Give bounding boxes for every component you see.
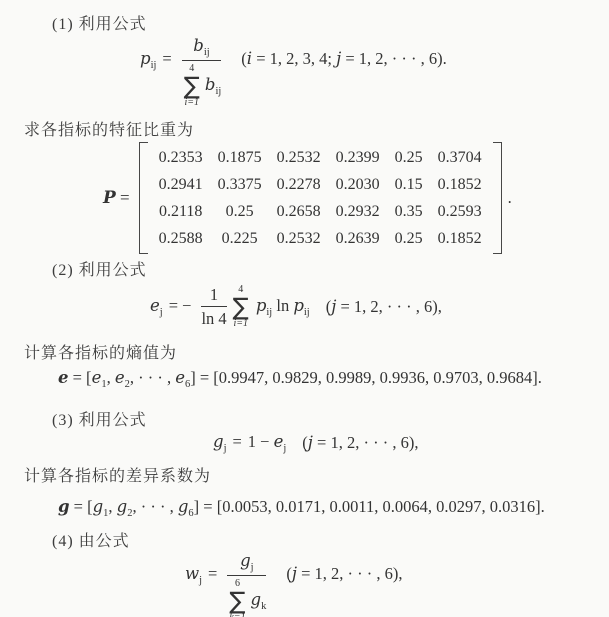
- summation: 4 ∑ i=1: [233, 284, 249, 331]
- fraction-bar: [227, 575, 266, 576]
- sub-j: j: [283, 443, 286, 454]
- formula-rhs: 1 − ej: [248, 432, 287, 455]
- condition-text: = 1, 2, 3, 4;: [252, 49, 336, 68]
- sub-ij: ij: [304, 307, 310, 318]
- fraction-numerator: gj: [240, 551, 253, 574]
- left-bracket: [139, 142, 148, 254]
- sum-argument: gk: [251, 590, 267, 613]
- formula-lhs: ej= −: [150, 296, 197, 319]
- section-2-heading: (2) 利用公式: [52, 257, 147, 280]
- matrix-cell: 0.25: [395, 229, 423, 248]
- formula-p-ij: pij= bij 4 ∑ i=1 bij (i = 1, 2, 3, 4; j …: [140, 36, 447, 109]
- matrix-lhs: P =: [103, 188, 130, 208]
- fraction: bij 4 ∑ i=1 bij: [182, 36, 222, 109]
- var-g: g: [93, 497, 104, 516]
- matrix-cell: 0.25: [226, 202, 254, 221]
- matrix-cell: 0.2399: [336, 148, 380, 167]
- sub-j: j: [251, 562, 254, 573]
- matrix-cell: 0.2588: [159, 229, 203, 248]
- lead-entropy-values: 计算各指标的熵值为: [24, 340, 177, 363]
- vector-g: g: [58, 497, 70, 516]
- var-g: g: [117, 497, 128, 516]
- sum-symbol: ∑: [184, 75, 200, 98]
- matrix-cell: 0.2118: [159, 202, 202, 221]
- matrix-cell: 0.3375: [218, 175, 262, 194]
- formula-lhs: gj=: [213, 432, 248, 455]
- sentence-period: .: [508, 188, 512, 208]
- formula-e-j: ej= − 1 ln 4 4 ∑ i=1 pij ln pij (j = 1, …: [150, 282, 442, 332]
- condition-text: = 1, 2, · · · , 6),: [297, 564, 403, 583]
- vector-e: e: [58, 368, 69, 387]
- var-g: g: [240, 551, 251, 570]
- close-bracket-period: ].: [532, 368, 542, 387]
- close-equals-open: ] = [: [194, 497, 223, 516]
- sub-ij: ij: [204, 47, 210, 58]
- entropy-vector-line: e = [e1, e2, · · · , e6] = [0.9947, 0.98…: [58, 368, 542, 391]
- fraction: gj 6 ∑ k=1 gk: [227, 551, 266, 617]
- separator: ,: [107, 368, 115, 387]
- right-bracket: [493, 142, 502, 254]
- formula-condition: (i = 1, 2, 3, 4; j = 1, 2, · · · , 6).: [241, 36, 446, 69]
- section-4-heading: (4) 由公式: [52, 528, 130, 551]
- var-g: g: [251, 590, 262, 609]
- var-e: e: [92, 368, 102, 387]
- condition-text: = 1, 2, · · · , 6).: [341, 49, 447, 68]
- matrix-cell: 0.2278: [277, 175, 321, 194]
- matrix-cell: 0.2532: [277, 229, 321, 248]
- matrix-grid: 0.2353 0.1875 0.2532 0.2399 0.25 0.3704 …: [148, 142, 493, 254]
- matrix-cell: 0.2593: [438, 202, 482, 221]
- var-p: p: [256, 296, 267, 315]
- matrix-cell: 0.25: [395, 148, 423, 167]
- equals-minus: = −: [169, 296, 192, 315]
- one-minus: 1 −: [248, 432, 274, 451]
- sub-j: j: [224, 443, 227, 454]
- matrix-cell: 0.2639: [336, 229, 380, 248]
- formula-g-j: gj= 1 − ej (j = 1, 2, · · · , 6),: [213, 432, 418, 455]
- cdots: , · · · ,: [132, 497, 177, 516]
- fraction-numerator: 1: [210, 285, 218, 305]
- equals-sign: =: [232, 432, 241, 451]
- var-w: w: [185, 564, 199, 583]
- fraction-bar: [201, 306, 226, 307]
- summation: 4 ∑ i=1: [184, 63, 200, 110]
- formula-condition: (j = 1, 2, · · · , 6),: [286, 551, 402, 584]
- matrix-cell: 0.15: [395, 175, 423, 194]
- fraction: 1 ln 4: [201, 285, 226, 329]
- matrix-cell: 0.2532: [277, 148, 321, 167]
- equals-sign: =: [120, 188, 130, 207]
- matrix-cell: 0.2030: [336, 175, 380, 194]
- var-p: p: [293, 296, 304, 315]
- formula-lhs: pij=: [140, 36, 178, 72]
- var-e: e: [115, 368, 125, 387]
- equals-open-bracket: = [: [69, 368, 92, 387]
- matrix-cell: 0.1852: [438, 229, 482, 248]
- sum-symbol: ∑: [233, 296, 249, 319]
- var-b: b: [193, 36, 204, 55]
- matrix-cell: 0.3704: [438, 148, 482, 167]
- section-1-heading: (1) 利用公式: [52, 11, 147, 34]
- sub-ij: ij: [151, 60, 157, 71]
- matrix-cell: 0.1875: [218, 148, 262, 167]
- var-g: g: [213, 432, 224, 451]
- separator: ,: [108, 497, 116, 516]
- fraction-numerator: bij: [193, 36, 209, 59]
- var-e: e: [175, 368, 185, 387]
- matrix-cell: 0.2941: [159, 175, 203, 194]
- matrix-cell: 0.35: [395, 202, 423, 221]
- sum-lower-limit: k=1: [229, 612, 245, 617]
- difference-values: 0.0053, 0.0171, 0.0011, 0.0064, 0.0297, …: [222, 497, 535, 516]
- var-e: e: [274, 432, 284, 451]
- matrix-cell: 0.2353: [159, 148, 203, 167]
- fraction-denominator: ln 4: [201, 309, 226, 329]
- matrix-cell: 0.2932: [336, 202, 380, 221]
- sub-ij: ij: [215, 86, 221, 97]
- formula-condition: (j = 1, 2, · · · , 6),: [326, 297, 442, 317]
- equals-sign: =: [208, 564, 217, 583]
- ln-operator: ln: [276, 296, 289, 315]
- close-bracket-period: ].: [535, 497, 545, 516]
- sub-k: k: [261, 601, 266, 612]
- condition-text: = 1, 2, · · · , 6),: [313, 433, 419, 452]
- formula-lhs: wj=: [185, 551, 223, 587]
- sum-lower-limit: i=1: [233, 318, 248, 330]
- difference-vector-line: g = [g1, g2, · · · , g6] = [0.0053, 0.01…: [58, 497, 545, 520]
- sum-symbol: ∑: [229, 590, 245, 613]
- var-g: g: [178, 497, 189, 516]
- sub-ij: ij: [266, 307, 272, 318]
- var-p: p: [140, 49, 151, 68]
- section-3-heading: (3) 利用公式: [52, 407, 147, 430]
- lead-difference-coefficients: 计算各指标的差异系数为: [24, 463, 211, 486]
- matrix-P-equation: P = 0.2353 0.1875 0.2532 0.2399 0.25 0.3…: [103, 142, 512, 254]
- sum-argument: pij ln pij: [256, 296, 310, 319]
- cdots: , · · · ,: [130, 368, 175, 387]
- equals-sign: =: [162, 49, 171, 68]
- sum-argument: bij: [205, 75, 221, 98]
- matrix-cell: 0.1852: [438, 175, 482, 194]
- var-b: b: [205, 75, 216, 94]
- summation: 6 ∑ k=1: [229, 578, 245, 617]
- fraction-denominator: 4 ∑ i=1 bij: [182, 63, 222, 110]
- var-e: e: [150, 296, 160, 315]
- lead-feature-proportion: 求各指标的特征比重为: [24, 117, 194, 140]
- matrix-cell: 0.225: [222, 229, 258, 248]
- matrix-cell: 0.2658: [277, 202, 321, 221]
- close-equals-open: ] = [: [190, 368, 219, 387]
- formula-condition: (j = 1, 2, · · · , 6),: [302, 433, 418, 453]
- equals-open-bracket: = [: [70, 497, 93, 516]
- entropy-values: 0.9947, 0.9829, 0.9989, 0.9936, 0.9703, …: [219, 368, 533, 387]
- var-P: P: [103, 188, 116, 208]
- sub-j: j: [160, 307, 163, 318]
- formula-w-j: wj= gj 6 ∑ k=1 gk (j = 1, 2, · · · , 6),: [185, 551, 403, 617]
- fraction-denominator: 6 ∑ k=1 gk: [227, 578, 266, 617]
- fraction-bar: [182, 60, 222, 61]
- sum-lower-limit: i=1: [185, 97, 200, 109]
- condition-text: = 1, 2, · · · , 6),: [336, 297, 442, 316]
- textbook-page: (1) 利用公式 pij= bij 4 ∑ i=1 bij (i = 1, 2,…: [0, 0, 609, 617]
- sub-j: j: [199, 575, 202, 586]
